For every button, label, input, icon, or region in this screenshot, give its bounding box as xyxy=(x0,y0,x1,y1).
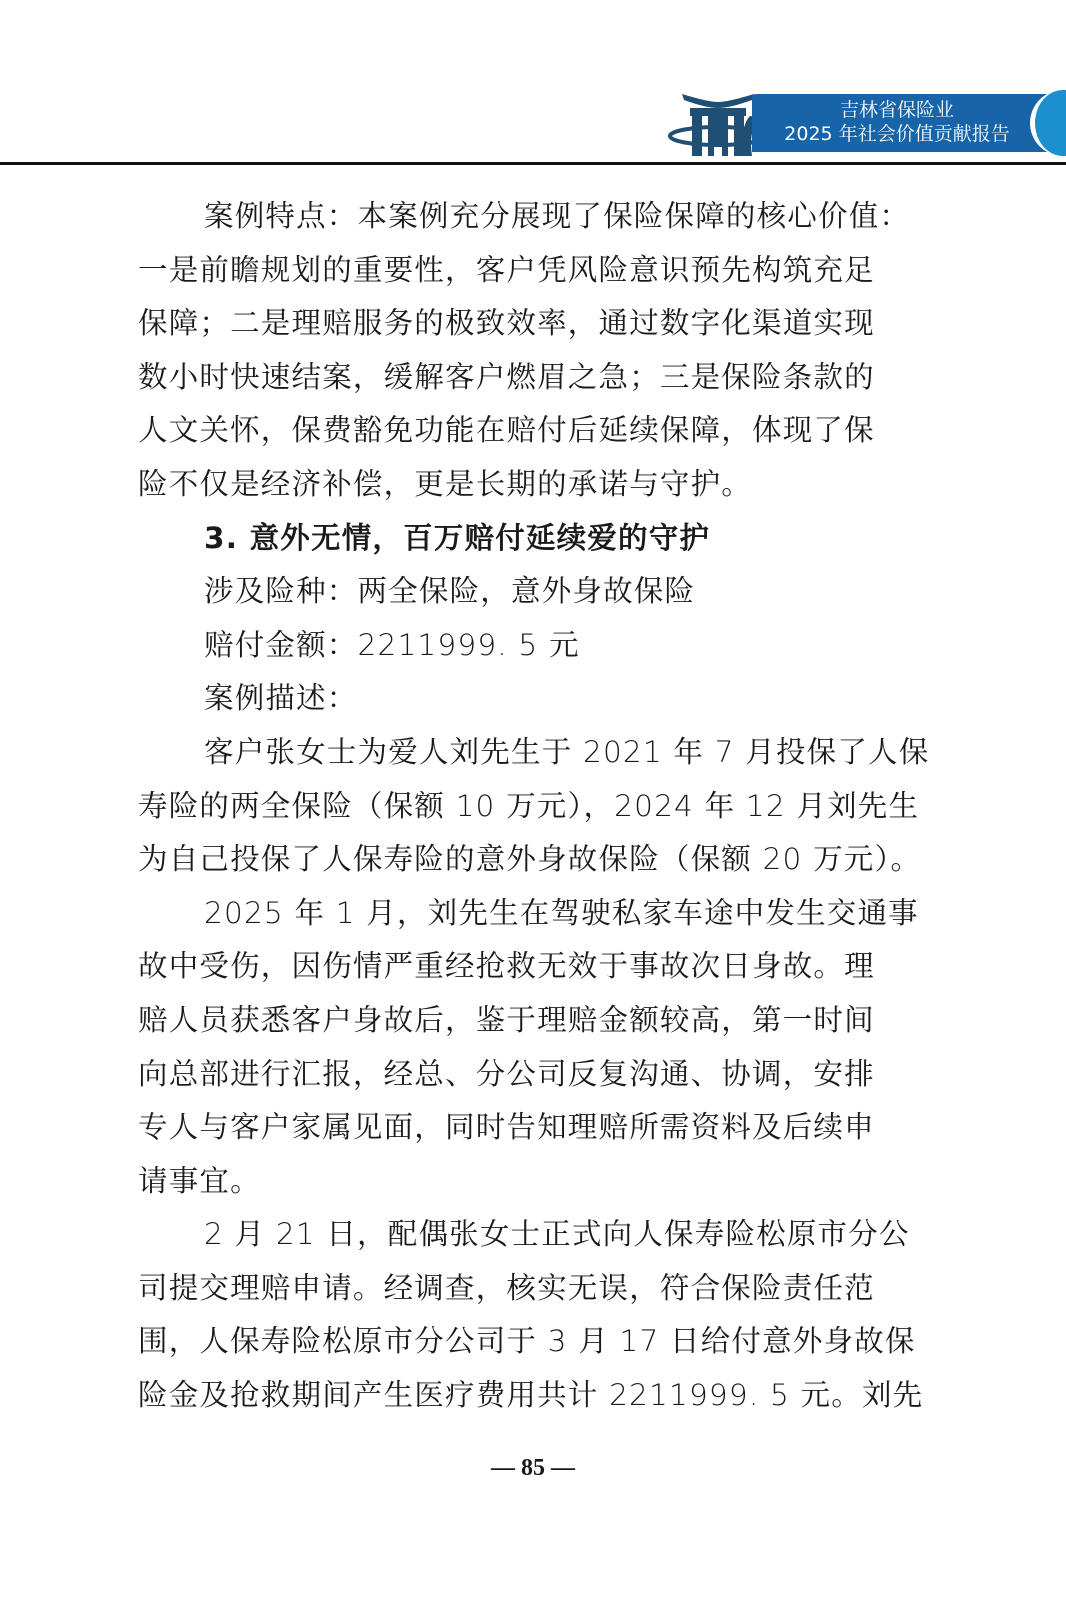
body-line: 故中受伤，因伤情严重经抢救无效于事故次日身故。理 xyxy=(138,940,934,994)
body-line: 2025 年 1 月，刘先生在驾驶私家车途中发生交通事 xyxy=(138,887,934,941)
case-heading: 3. 意外无情，百万赔付延续爱的守护 xyxy=(138,512,934,566)
report-title-line2: 2025 年社会价值贡献报告 xyxy=(752,122,1042,146)
body-line: 司提交理赔申请。经调查，核实无误，符合保险责任范 xyxy=(138,1262,934,1316)
insurance-types: 涉及险种：两全保险，意外身故保险 xyxy=(138,565,934,619)
body-line: 为自己投保了人保寿险的意外身故保险（保额 20 万元）。 xyxy=(138,833,934,887)
body-line: 寿险的两全保险（保额 10 万元），2024 年 12 月刘先生 xyxy=(138,780,934,834)
body-line: 围，人保寿险松原市分公司于 3 月 17 日给付意外身故保 xyxy=(138,1315,934,1369)
body-line: 险金及抢救期间产生医疗费用共计 2211999. 5 元。刘先 xyxy=(138,1369,934,1423)
body-line: 数小时快速结案，缓解客户燃眉之急；三是保险条款的 xyxy=(138,351,934,405)
body-line: 向总部进行汇报，经总、分公司反复沟通、协调，安排 xyxy=(138,1048,934,1102)
page-body: 案例特点：本案例充分展现了保险保障的核心价值： 一是前瞻规划的重要性，客户凭风险… xyxy=(138,190,934,1423)
page-header: 吉林省保险业 2025 年社会价值贡献报告 xyxy=(0,0,1066,170)
body-line: 2 月 21 日，配偶张女士正式向人保寿险松原市分公 xyxy=(138,1208,934,1262)
body-line: 险不仅是经济补偿，更是长期的承诺与守护。 xyxy=(138,458,934,512)
body-line: 请事宜。 xyxy=(138,1155,934,1209)
case-features-line: 案例特点：本案例充分展现了保险保障的核心价值： xyxy=(138,190,934,244)
payout-amount: 赔付金额：2211999. 5 元 xyxy=(138,619,934,673)
report-title-line1: 吉林省保险业 xyxy=(752,98,1042,122)
body-line: 专人与客户家属见面，同时告知理赔所需资料及后续申 xyxy=(138,1101,934,1155)
body-line: 保障；二是理赔服务的极致效率，通过数字化渠道实现 xyxy=(138,297,934,351)
case-description-label: 案例描述： xyxy=(138,672,934,726)
body-line: 一是前瞻规划的重要性，客户凭风险意识预先构筑充足 xyxy=(138,244,934,298)
page-number: — 85 — xyxy=(0,1455,1066,1482)
body-line: 人文关怀，保费豁免功能在赔付后延续保障，体现了保 xyxy=(138,404,934,458)
header-divider xyxy=(0,162,1066,165)
body-line: 客户张女士为爱人刘先生于 2021 年 7 月投保了人保 xyxy=(138,726,934,780)
body-line: 赔人员获悉客户身故后，鉴于理赔金额较高，第一时间 xyxy=(138,994,934,1048)
report-title: 吉林省保险业 2025 年社会价值贡献报告 xyxy=(752,98,1042,146)
